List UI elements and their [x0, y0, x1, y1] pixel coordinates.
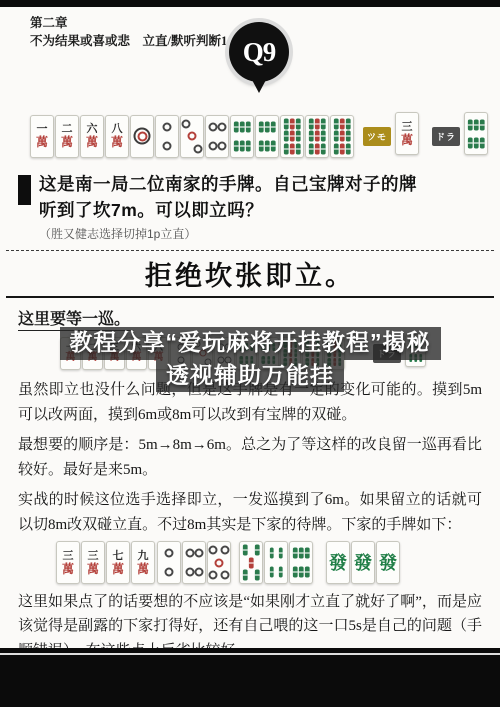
tile-1m: 一萬: [30, 115, 54, 158]
shimocha-honor-tiles: 發發發: [326, 541, 400, 584]
question-number-badge: Q9: [224, 22, 294, 93]
paragraph-2: 最想要的顺序是：5m→8m→6m。总之为了等这样的改良留一巡再看比较好。最好是来…: [18, 433, 482, 482]
tile-4p: [205, 115, 229, 158]
wait-hand-tiles: 一萬二萬三萬六萬八萬: [60, 337, 345, 370]
tile-3p: [180, 115, 204, 158]
badge-circle: Q9: [229, 22, 289, 82]
question-block: 这是南一局二位南家的手牌。自己宝牌对子的牌 听到了坎7m。可以即立吗？ （胜又健…: [18, 172, 500, 243]
tile-9m: 九萬: [131, 541, 155, 584]
footer-edge-line: [0, 653, 500, 655]
tile-8m: 八萬: [105, 115, 129, 158]
answer-headline: 拒绝坎张即立。: [0, 254, 500, 293]
question-text: 这是南一局二位南家的手牌。自己宝牌对子的牌 听到了坎7m。可以即立吗？ （胜又健…: [39, 172, 417, 243]
dora-label: ドラ: [432, 127, 460, 146]
tile-6s: [464, 112, 488, 155]
tile-2p: [157, 541, 181, 584]
question-bullet-mark: [18, 175, 31, 205]
tile-9s: [330, 115, 354, 158]
tile-3m: 三萬: [56, 541, 80, 584]
tsumo-label: ツモ: [363, 127, 391, 146]
tile-2p: [155, 115, 179, 158]
tile-9s: [305, 115, 329, 158]
tile-6m: 六萬: [126, 337, 147, 370]
top-black-bar: [0, 0, 500, 7]
paragraph-1: 虽然即立也没什么问题，但是这手牌是有一定的变化可能的。摸到5m可以改两面，摸到6…: [18, 378, 482, 427]
tile-5s: [239, 541, 263, 584]
tile-hatsu: 發: [351, 541, 375, 584]
tile-3p: [192, 337, 213, 370]
question-line-2: 听到了坎7m。可以即立吗？: [39, 198, 417, 223]
tile-9s: [280, 337, 301, 370]
tile-6s: [289, 541, 313, 584]
dora-tile-2: [405, 334, 426, 372]
tile-2m: 二萬: [82, 337, 103, 370]
question-line-1: 这是南一局二位南家的手牌。自己宝牌对子的牌: [39, 172, 417, 197]
tile-9s: [324, 337, 345, 370]
bottom-black-bar: [0, 648, 500, 707]
tile-3m: 三萬: [395, 112, 419, 155]
question-hand-tiles: 一萬二萬六萬八萬: [30, 115, 354, 158]
dora-label-2: ドラ: [373, 344, 401, 363]
tile-9s: [280, 115, 304, 158]
tile-7m: 七萬: [106, 541, 130, 584]
tile-6s: [255, 115, 279, 158]
tile-9s: [302, 337, 323, 370]
tile-6s: [405, 334, 426, 367]
shimocha-hand-row: 三萬三萬七萬九萬 發發發: [56, 541, 500, 584]
tile-2m: 二萬: [55, 115, 79, 158]
tile-3m: 三萬: [81, 541, 105, 584]
badge-pointer: [251, 78, 267, 93]
tile-1m: 一萬: [60, 337, 81, 370]
dashed-separator: [6, 250, 494, 251]
badge-label: Q9: [243, 37, 276, 68]
tile-hatsu: 發: [326, 541, 350, 584]
shimocha-sou-tiles: [239, 541, 313, 584]
tile-4p: [214, 337, 235, 370]
tile-hatsu: 發: [376, 541, 400, 584]
shimocha-pin-tiles: [157, 541, 231, 584]
tsumo-tile: 三萬: [395, 112, 419, 160]
shimocha-man-tiles: 三萬三萬七萬九萬: [56, 541, 155, 584]
tile-8m: 八萬: [148, 337, 169, 370]
book-page: 第二章 不为结果或喜或悲 立直/默听判断14问 Q9 一萬二萬六萬八萬 ツモ 三…: [0, 0, 500, 707]
tile-5p: [207, 541, 231, 584]
tile-6s: [230, 115, 254, 158]
wait-hand-row: 一萬二萬三萬六萬八萬 ドラ: [60, 334, 500, 372]
tile-3m: 三萬: [104, 337, 125, 370]
question-hand-row: 一萬二萬六萬八萬 ツモ 三萬 ドラ: [30, 112, 500, 160]
question-note: （胜又健志选择切掉1p立直）: [39, 226, 417, 243]
paragraph-3: 实战的时候这位选手选择即立，一发巡摸到了6m。如果留立的话就可以切8m改双碰立直…: [18, 488, 482, 537]
tile-6s: [236, 337, 257, 370]
tile-6m: 六萬: [80, 115, 104, 158]
tile-4p: [182, 541, 206, 584]
tile-2p: [170, 337, 191, 370]
tile-6s: [258, 337, 279, 370]
solid-separator: [6, 296, 494, 298]
tile-4s: [264, 541, 288, 584]
tile-1p: [130, 115, 154, 158]
dora-tile: [464, 112, 488, 160]
answer-subheadline: 这里要等一巡。: [18, 306, 500, 329]
